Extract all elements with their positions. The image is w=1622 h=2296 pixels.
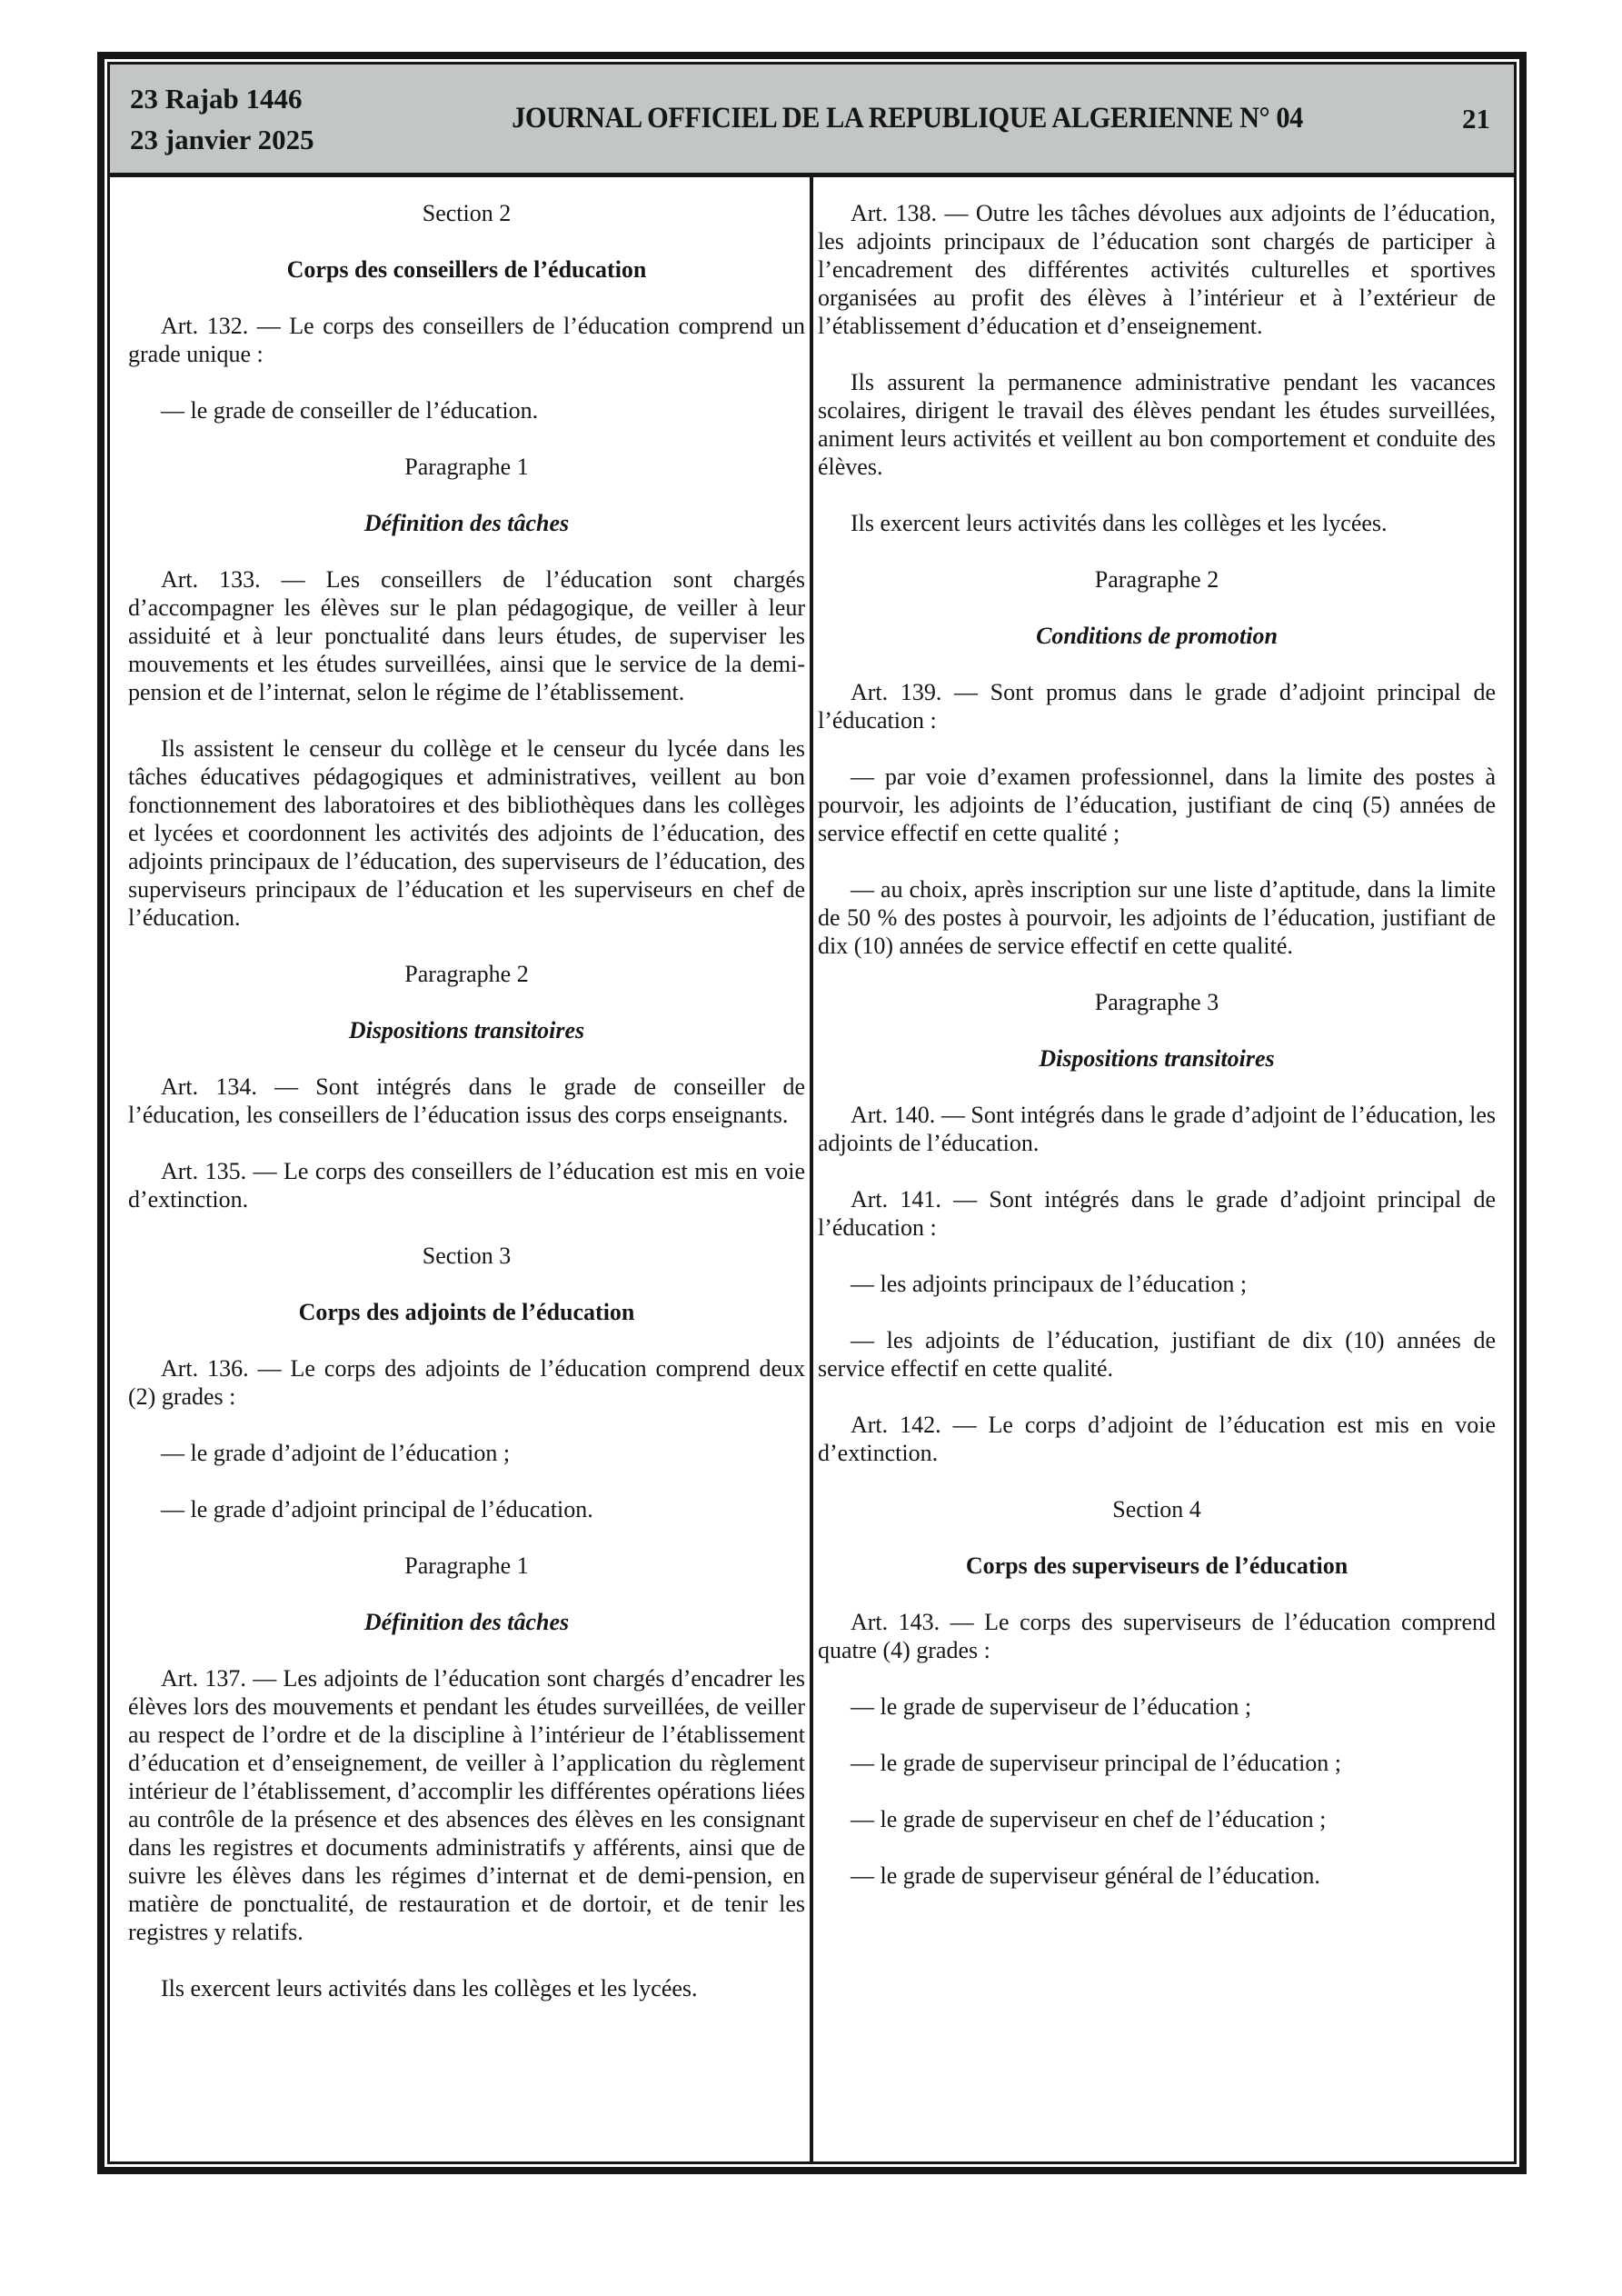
- article-paragraph: Art. 132. — Le corps des conseillers de …: [128, 312, 805, 368]
- column-divider: [810, 177, 813, 2161]
- date-hijri: 23 Rajab 1446: [130, 78, 410, 119]
- list-item: — le grade de superviseur principal de l…: [818, 1749, 1496, 1777]
- section-heading: Section 3: [128, 1242, 805, 1270]
- section-heading: Section 4: [818, 1495, 1496, 1523]
- article-paragraph: Art. 141. — Sont intégrés dans le grade …: [818, 1185, 1496, 1242]
- article-paragraph: Art. 135. — Le corps des conseillers de …: [128, 1157, 805, 1213]
- paragraph-label: Paragraphe 1: [128, 1552, 805, 1580]
- corps-heading: Corps des adjoints de l’éducation: [128, 1298, 805, 1326]
- article-paragraph: Art. 142. — Le corps d’adjoint de l’éduc…: [818, 1411, 1496, 1467]
- article-paragraph: Art. 137. — Les adjoints de l’éducation …: [128, 1664, 805, 1946]
- article-paragraph: Ils assistent le censeur du collège et l…: [128, 734, 805, 932]
- list-item: — les adjoints principaux de l’éducation…: [818, 1270, 1496, 1298]
- subsection-title: Conditions de promotion: [818, 622, 1496, 650]
- subsection-title: Définition des tâches: [128, 1608, 805, 1636]
- list-item: — le grade de conseiller de l’éducation.: [128, 396, 805, 424]
- page-frame-inner: 23 Rajab 1446 23 janvier 2025 JOURNAL OF…: [107, 62, 1517, 2164]
- section-heading: Section 2: [128, 199, 805, 227]
- article-paragraph: Art. 139. — Sont promus dans le grade d’…: [818, 678, 1496, 734]
- page-number: 21: [1405, 103, 1514, 135]
- paragraph-label: Paragraphe 2: [128, 960, 805, 988]
- header-dates: 23 Rajab 1446 23 janvier 2025: [110, 78, 410, 160]
- list-item: — au choix, après inscription sur une li…: [818, 875, 1496, 960]
- left-column: Section 2Corps des conseillers de l’éduc…: [128, 177, 805, 2161]
- article-paragraph: Ils exercent leurs activités dans les co…: [128, 1974, 805, 2002]
- subsection-title: Définition des tâches: [128, 509, 805, 537]
- journal-page: { "colors":{ "page_bg":"#ffffff", "ink":…: [0, 0, 1622, 2296]
- article-paragraph: Ils assurent la permanence administrativ…: [818, 368, 1496, 481]
- article-paragraph: Art. 136. — Le corps des adjoints de l’é…: [128, 1354, 805, 1411]
- list-item: — le grade de superviseur en chef de l’é…: [818, 1805, 1496, 1833]
- paragraph-label: Paragraphe 1: [128, 453, 805, 481]
- subsection-title: Dispositions transitoires: [128, 1016, 805, 1044]
- journal-header: 23 Rajab 1446 23 janvier 2025 JOURNAL OF…: [110, 65, 1514, 177]
- list-item: — le grade d’adjoint de l’éducation ;: [128, 1439, 805, 1467]
- corps-heading: Corps des conseillers de l’éducation: [128, 255, 805, 284]
- page-frame: 23 Rajab 1446 23 janvier 2025 JOURNAL OF…: [97, 52, 1527, 2174]
- right-column: Art. 138. — Outre les tâches dévolues au…: [818, 177, 1496, 2161]
- article-paragraph: Art. 138. — Outre les tâches dévolues au…: [818, 199, 1496, 340]
- list-item: — le grade de superviseur de l’éducation…: [818, 1692, 1496, 1721]
- paragraph-label: Paragraphe 2: [818, 565, 1496, 594]
- page-body: Section 2Corps des conseillers de l’éduc…: [110, 177, 1514, 2161]
- date-gregorian: 23 janvier 2025: [130, 119, 410, 160]
- list-item: — par voie d’examen professionnel, dans …: [818, 763, 1496, 847]
- list-item: — le grade de superviseur général de l’é…: [818, 1862, 1496, 1890]
- journal-title: JOURNAL OFFICIEL DE LA REPUBLIQUE ALGERI…: [450, 102, 1365, 135]
- article-paragraph: Art. 133. — Les conseillers de l’éducati…: [128, 565, 805, 706]
- paragraph-label: Paragraphe 3: [818, 988, 1496, 1016]
- list-item: — les adjoints de l’éducation, justifian…: [818, 1326, 1496, 1383]
- list-item: — le grade d’adjoint principal de l’éduc…: [128, 1495, 805, 1523]
- subsection-title: Dispositions transitoires: [818, 1044, 1496, 1073]
- corps-heading: Corps des superviseurs de l’éducation: [818, 1552, 1496, 1580]
- article-paragraph: Art. 140. — Sont intégrés dans le grade …: [818, 1101, 1496, 1157]
- article-paragraph: Ils exercent leurs activités dans les co…: [818, 509, 1496, 537]
- article-paragraph: Art. 134. — Sont intégrés dans le grade …: [128, 1073, 805, 1129]
- article-paragraph: Art. 143. — Le corps des superviseurs de…: [818, 1608, 1496, 1664]
